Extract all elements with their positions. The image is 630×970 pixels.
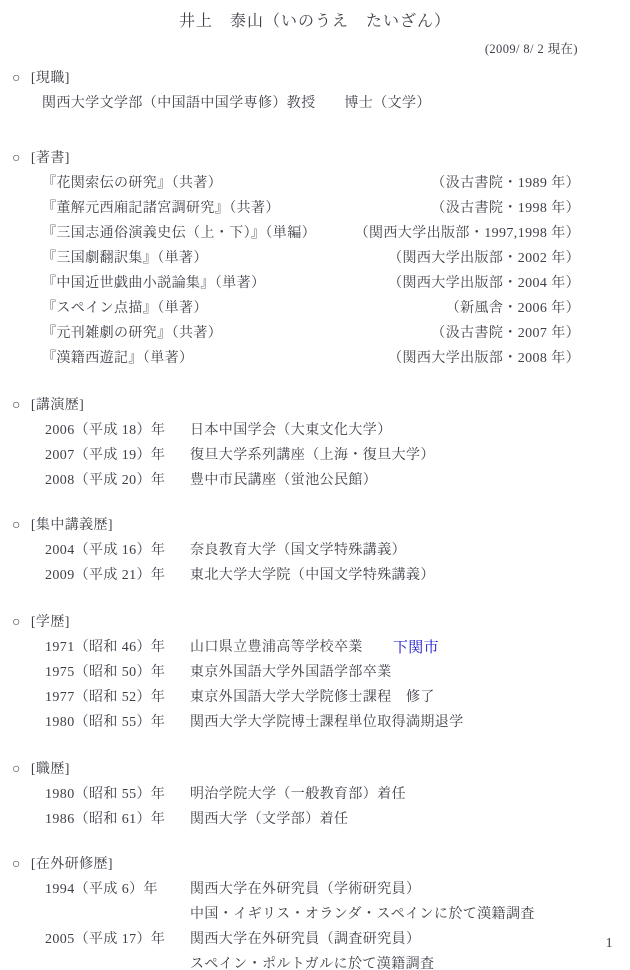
entry-description: 山口県立豊浦高等学校卒業: [190, 635, 363, 660]
section-heading-current-position: [現職]: [31, 66, 70, 91]
book-row: 『花関索伝の研究』（共著） （汲古書院・1989 年）: [0, 171, 630, 196]
entry-description: 関西大学（文学部）着任: [190, 807, 348, 832]
entry-description: 復旦大学系列講座（上海・復旦大学）: [190, 443, 435, 468]
section-employment: ○ [職歴] 1980（昭和 55）年 明治学院大学（一般教育部）着任 1986…: [0, 757, 630, 832]
circle-marker: ○: [12, 393, 21, 418]
history-entry: 1971（昭和 46）年 山口県立豊浦高等学校卒業 下関市: [0, 635, 630, 660]
entry-year: 1994（平成 6）年: [45, 877, 190, 902]
cv-document-page: 井上 泰山（いのうえ たいざん） (2009/ 8/ 2 現在) ○ [現職] …: [0, 0, 630, 970]
entry-description: 日本中国学会（大東文化大学）: [190, 418, 392, 443]
section-heading-intensive-courses: [集中講義歴]: [31, 513, 113, 538]
book-publisher: （汲古書院・1998 年）: [431, 196, 580, 221]
date-note: (2009/ 8/ 2 現在): [0, 40, 630, 58]
section-lectures: ○ [講演歴] 2006（平成 18）年 日本中国学会（大東文化大学） 2007…: [0, 393, 630, 493]
circle-marker: ○: [12, 757, 21, 782]
history-entry: 1994（平成 6）年 関西大学在外研究員（学術研究員）: [0, 877, 630, 902]
entry-year: 1975（昭和 50）年: [45, 660, 190, 685]
book-row: 『元刊雑劇の研究』（共著） （汲古書院・2007 年）: [0, 321, 630, 346]
section-books: ○ [著書] 『花関索伝の研究』（共著） （汲古書院・1989 年） 『董解元西…: [0, 146, 630, 371]
history-entry: 2008（平成 20）年 豊中市民講座（蛍池公民館）: [0, 468, 630, 493]
entry-year: 1980（昭和 55）年: [45, 710, 190, 735]
book-row: 『スペイン点描』（単著） （新風舎・2006 年）: [0, 296, 630, 321]
section-education: ○ [学歴] 1971（昭和 46）年 山口県立豊浦高等学校卒業 下関市 197…: [0, 610, 630, 735]
book-title: 『三国志通俗演義史伝（上・下）』（単編）: [42, 221, 316, 246]
circle-marker: ○: [12, 852, 21, 877]
entry-description: 東北大学大学院（中国文学特殊講義）: [190, 563, 435, 588]
book-publisher: （汲古書院・2007 年）: [431, 321, 580, 346]
history-entry: 1986（昭和 61）年 関西大学（文学部）着任: [0, 807, 630, 832]
book-row: 『三国志通俗演義史伝（上・下）』（単編） （関西大学出版部・1997,1998 …: [0, 221, 630, 246]
section-heading-education: [学歴]: [31, 610, 70, 635]
history-entry: 1975（昭和 50）年 東京外国語大学外国語学部卒業: [0, 660, 630, 685]
book-title: 『董解元西廂記諸宮調研究』（共著）: [42, 196, 280, 221]
book-publisher: （新風舎・2006 年）: [446, 296, 580, 321]
history-entry: 1977（昭和 52）年 東京外国語大学大学院修士課程 修了: [0, 685, 630, 710]
book-title: 『スペイン点描』（単著）: [42, 296, 208, 321]
section-heading-employment: [職歴]: [31, 757, 70, 782]
book-title: 『元刊雑劇の研究』（共著）: [42, 321, 222, 346]
entry-description: 明治学院大学（一般教育部）着任: [190, 782, 406, 807]
page-number: 1: [606, 936, 613, 952]
entry-year: 2004（平成 16）年: [45, 538, 190, 563]
entry-description: 東京外国語大学大学院修士課程 修了: [190, 685, 435, 710]
entry-description: 奈良教育大学（国文学特殊講義）: [190, 538, 406, 563]
history-entry: 2006（平成 18）年 日本中国学会（大東文化大学）: [0, 418, 630, 443]
history-entry: 1980（昭和 55）年 明治学院大学（一般教育部）着任: [0, 782, 630, 807]
entry-detail: 中国・イギリス・オランダ・スペインに於て漢籍調査: [0, 902, 630, 927]
section-current-position: ○ [現職] 関西大学文学部（中国語中国学専修）教授 博士（文学）: [0, 66, 630, 116]
book-publisher: （関西大学出版部・2002 年）: [388, 246, 580, 271]
circle-marker: ○: [12, 146, 21, 171]
entry-description: 豊中市民講座（蛍池公民館）: [190, 468, 377, 493]
book-row: 『三国劇翻訳集』（単著） （関西大学出版部・2002 年）: [0, 246, 630, 271]
history-entry: 2005（平成 17）年 関西大学在外研究員（調査研究員）: [0, 927, 630, 952]
book-publisher: （関西大学出版部・2004 年）: [388, 271, 580, 296]
circle-marker: ○: [12, 610, 21, 635]
book-title: 『花関索伝の研究』（共著）: [42, 171, 222, 196]
circle-marker: ○: [12, 66, 21, 91]
circle-marker: ○: [12, 513, 21, 538]
entry-detail: スペイン・ポルトガルに於て漢籍調査: [0, 952, 630, 970]
entry-description: 関西大学大学院博士課程単位取得満期退学: [190, 710, 464, 735]
section-overseas-research: ○ [在外研修歴] 1994（平成 6）年 関西大学在外研究員（学術研究員） 中…: [0, 852, 630, 970]
history-entry: 2009（平成 21）年 東北大学大学院（中国文学特殊講義）: [0, 563, 630, 588]
entry-year: 1980（昭和 55）年: [45, 782, 190, 807]
entry-year: 1977（昭和 52）年: [45, 685, 190, 710]
book-row: 『中国近世戯曲小説論集』（単著） （関西大学出版部・2004 年）: [0, 271, 630, 296]
page-title: 井上 泰山（いのうえ たいざん）: [0, 10, 630, 34]
entry-year: 2008（平成 20）年: [45, 468, 190, 493]
section-heading-overseas-research: [在外研修歴]: [31, 852, 113, 877]
entry-year: 2006（平成 18）年: [45, 418, 190, 443]
section-heading-books: [著書]: [31, 146, 70, 171]
entry-year: 2009（平成 21）年: [45, 563, 190, 588]
book-title: 『漢籍西遊記』（単著）: [42, 346, 193, 371]
book-publisher: （関西大学出版部・1997,1998 年）: [355, 221, 580, 246]
entry-year: 2007（平成 19）年: [45, 443, 190, 468]
entry-year: 2005（平成 17）年: [45, 927, 190, 952]
current-position-text: 関西大学文学部（中国語中国学専修）教授 博士（文学）: [0, 91, 630, 116]
history-entry: 2004（平成 16）年 奈良教育大学（国文学特殊講義）: [0, 538, 630, 563]
entry-year: 1986（昭和 61）年: [45, 807, 190, 832]
entry-description: 関西大学在外研究員（調査研究員）: [190, 927, 420, 952]
history-entry: 2007（平成 19）年 復旦大学系列講座（上海・復旦大学）: [0, 443, 630, 468]
section-heading-lectures: [講演歴]: [31, 393, 84, 418]
entry-description: 関西大学在外研究員（学術研究員）: [190, 877, 420, 902]
entry-year: 1971（昭和 46）年: [45, 635, 190, 660]
book-publisher: （汲古書院・1989 年）: [431, 171, 580, 196]
annotation-shimonoseki-city: 下関市: [393, 635, 439, 660]
book-title: 『三国劇翻訳集』（単著）: [42, 246, 208, 271]
book-publisher: （関西大学出版部・2008 年）: [388, 346, 580, 371]
book-row: 『漢籍西遊記』（単著） （関西大学出版部・2008 年）: [0, 346, 630, 371]
entry-description: 東京外国語大学外国語学部卒業: [190, 660, 392, 685]
book-row: 『董解元西廂記諸宮調研究』（共著） （汲古書院・1998 年）: [0, 196, 630, 221]
book-title: 『中国近世戯曲小説論集』（単著）: [42, 271, 265, 296]
section-intensive-courses: ○ [集中講義歴] 2004（平成 16）年 奈良教育大学（国文学特殊講義） 2…: [0, 513, 630, 588]
history-entry: 1980（昭和 55）年 関西大学大学院博士課程単位取得満期退学: [0, 710, 630, 735]
